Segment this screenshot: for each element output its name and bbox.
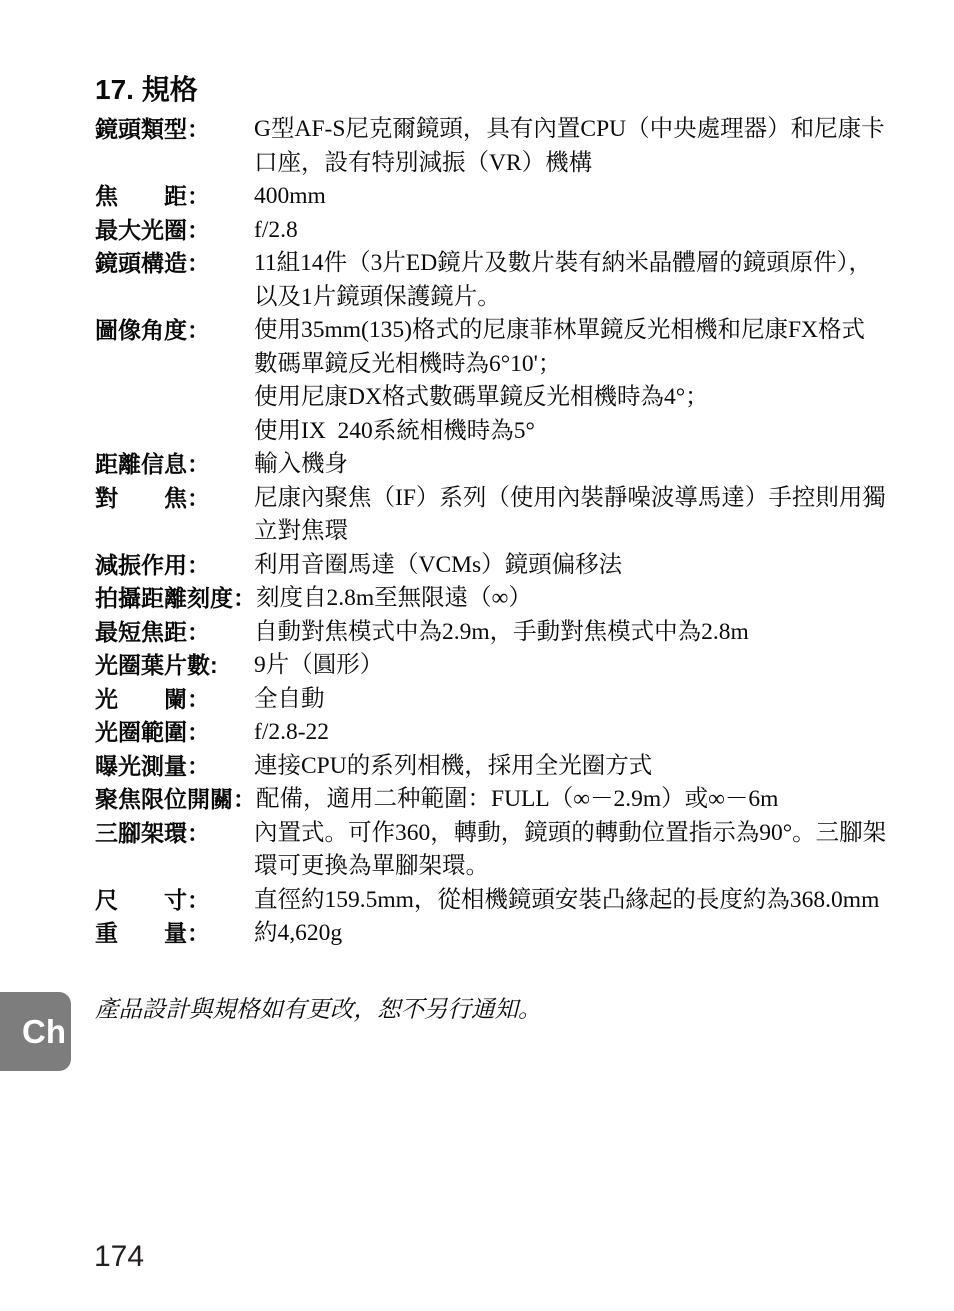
spec-value-line: 使用IX 240系統相機時為5° [254, 415, 865, 449]
page-title: 17. 規格 [95, 74, 198, 106]
spec-row: 焦 距： 400mm [95, 180, 895, 214]
spec-label: 三腳架環： [95, 817, 254, 851]
spec-value: 直徑約159.5mm，從相機鏡頭安裝凸緣起的長度約為368.0mm [254, 884, 879, 918]
spec-label: 曝光測量： [95, 750, 254, 784]
spec-value: 9片（圓形） [254, 649, 383, 683]
spec-value-line: 利用音圈馬達（VCMs）鏡頭偏移法 [254, 549, 622, 583]
spec-value-line: 使用尼康DX格式數碼單鏡反光相機時為4°； [254, 381, 865, 415]
spec-value-line: 以及1片鏡頭保護鏡片。 [254, 281, 872, 315]
spec-value-line: 直徑約159.5mm，從相機鏡頭安裝凸緣起的長度約為368.0mm [254, 884, 879, 918]
spec-row: 對 焦： 尼康內聚焦（IF）系列（使用內裝靜噪波導馬達）手控則用獨立對焦環 [95, 482, 895, 549]
spec-value: G型AF-S尼克爾鏡頭，具有內置CPU（中央處理器）和尼康卡口座，設有特別減振（… [254, 113, 885, 180]
spec-value-line: 內置式。可作360，轉動，鏡頭的轉動位置指示為90°。三腳架 [254, 817, 886, 851]
spec-row: 最大光圈： f/2.8 [95, 214, 895, 248]
spec-row: 鏡頭類型： G型AF-S尼克爾鏡頭，具有內置CPU（中央處理器）和尼康卡口座，設… [95, 113, 895, 180]
spec-label: 鏡頭構造： [95, 247, 254, 281]
spec-value: 11組14件（3片ED鏡片及數片裝有納米晶體層的鏡頭原件），以及1片鏡頭保護鏡片… [254, 247, 872, 314]
manual-page: 17. 規格 鏡頭類型： G型AF-S尼克爾鏡頭，具有內置CPU（中央處理器）和… [0, 0, 954, 1311]
spec-value: 自動對焦模式中為2.9m，手動對焦模式中為2.8m [254, 616, 749, 650]
spec-value-line: 使用35mm(135)格式的尼康菲林單鏡反光相機和尼康FX格式 [254, 314, 865, 348]
spec-value: 配備，適用二种範圍：FULL（∞－2.9m）或∞－6m [256, 783, 778, 817]
spec-value: 尼康內聚焦（IF）系列（使用內裝靜噪波導馬達）手控則用獨立對焦環 [254, 482, 886, 549]
spec-value-line: f/2.8-22 [254, 716, 329, 750]
spec-value-line: 全自動 [254, 683, 325, 717]
spec-list: 鏡頭類型： G型AF-S尼克爾鏡頭，具有內置CPU（中央處理器）和尼康卡口座，設… [95, 113, 895, 951]
spec-value-line: 尼康內聚焦（IF）系列（使用內裝靜噪波導馬達）手控則用獨 [254, 482, 886, 516]
language-tab: Ch [0, 992, 71, 1071]
spec-value-line: 400mm [254, 180, 326, 214]
spec-value-line: 配備，適用二种範圍：FULL（∞－2.9m）或∞－6m [256, 783, 778, 817]
spec-row: 鏡頭構造： 11組14件（3片ED鏡片及數片裝有納米晶體層的鏡頭原件），以及1片… [95, 247, 895, 314]
spec-value: f/2.8-22 [254, 716, 329, 750]
spec-value: 連接CPU的系列相機，採用全光圈方式 [254, 750, 652, 784]
spec-value-line: 連接CPU的系列相機，採用全光圈方式 [254, 750, 652, 784]
spec-value-line: 口座，設有特別減振（VR）機構 [254, 147, 885, 181]
spec-value: 利用音圈馬達（VCMs）鏡頭偏移法 [254, 549, 622, 583]
spec-value: 400mm [254, 180, 326, 214]
spec-value: 刻度自2.8m至無限遠（∞） [256, 582, 532, 616]
spec-label: 距離信息： [95, 448, 254, 482]
spec-row: 尺 寸： 直徑約159.5mm，從相機鏡頭安裝凸緣起的長度約為368.0mm [95, 884, 895, 918]
spec-label: 圖像角度： [95, 314, 254, 348]
spec-label: 減振作用： [95, 549, 254, 583]
spec-value-line: f/2.8 [254, 214, 298, 248]
spec-label: 最大光圈： [95, 214, 254, 248]
spec-row: 拍攝距離刻度： 刻度自2.8m至無限遠（∞） [95, 582, 895, 616]
spec-row: 減振作用： 利用音圈馬達（VCMs）鏡頭偏移法 [95, 549, 895, 583]
spec-value-line: 輸入機身 [254, 448, 348, 482]
spec-value-line: 9片（圓形） [254, 649, 383, 683]
page-number: 174 [94, 1240, 144, 1274]
spec-value: 使用35mm(135)格式的尼康菲林單鏡反光相機和尼康FX格式數碼單鏡反光相機時… [254, 314, 865, 448]
language-tab-label: Ch [22, 1013, 66, 1051]
spec-label: 光圈範圍： [95, 716, 254, 750]
spec-label: 尺 寸： [95, 884, 254, 918]
spec-value: f/2.8 [254, 214, 298, 248]
spec-value: 內置式。可作360，轉動，鏡頭的轉動位置指示為90°。三腳架環可更換為單腳架環。 [254, 817, 886, 884]
spec-label: 鏡頭類型： [95, 113, 254, 147]
spec-value-line: 約4,620g [254, 917, 342, 951]
spec-row: 聚焦限位開關： 配備，適用二种範圍：FULL（∞－2.9m）或∞－6m [95, 783, 895, 817]
spec-value-line: 環可更換為單腳架環。 [254, 850, 886, 884]
spec-value-line: 立對焦環 [254, 515, 886, 549]
spec-label: 對 焦： [95, 482, 254, 516]
spec-value: 約4,620g [254, 917, 342, 951]
spec-label: 重 量： [95, 917, 254, 951]
spec-value: 全自動 [254, 683, 325, 717]
spec-label: 焦 距： [95, 180, 254, 214]
spec-label: 拍攝距離刻度： [95, 582, 256, 616]
spec-label: 光 闌： [95, 683, 254, 717]
spec-row: 光 闌： 全自動 [95, 683, 895, 717]
spec-row: 圖像角度： 使用35mm(135)格式的尼康菲林單鏡反光相機和尼康FX格式數碼單… [95, 314, 895, 448]
spec-row: 重 量： 約4,620g [95, 917, 895, 951]
spec-row: 曝光測量： 連接CPU的系列相機，採用全光圈方式 [95, 750, 895, 784]
spec-row: 光圈範圍： f/2.8-22 [95, 716, 895, 750]
spec-label: 聚焦限位開關： [95, 783, 256, 817]
spec-row: 三腳架環： 內置式。可作360，轉動，鏡頭的轉動位置指示為90°。三腳架環可更換… [95, 817, 895, 884]
spec-label: 光圈葉片數: [95, 649, 254, 683]
spec-row: 最短焦距： 自動對焦模式中為2.9m，手動對焦模式中為2.8m [95, 616, 895, 650]
spec-label: 最短焦距： [95, 616, 254, 650]
spec-row: 光圈葉片數: 9片（圓形） [95, 649, 895, 683]
spec-value-line: 11組14件（3片ED鏡片及數片裝有納米晶體層的鏡頭原件）， [254, 247, 872, 281]
spec-value-line: G型AF-S尼克爾鏡頭，具有內置CPU（中央處理器）和尼康卡 [254, 113, 885, 147]
disclaimer-note: 產品設計與規格如有更改，恕不另行通知。 [95, 990, 542, 1024]
spec-value-line: 刻度自2.8m至無限遠（∞） [256, 582, 532, 616]
spec-value-line: 數碼單鏡反光相機時為6°10'； [254, 348, 865, 382]
spec-row: 距離信息： 輸入機身 [95, 448, 895, 482]
spec-value: 輸入機身 [254, 448, 348, 482]
spec-value-line: 自動對焦模式中為2.9m，手動對焦模式中為2.8m [254, 616, 749, 650]
